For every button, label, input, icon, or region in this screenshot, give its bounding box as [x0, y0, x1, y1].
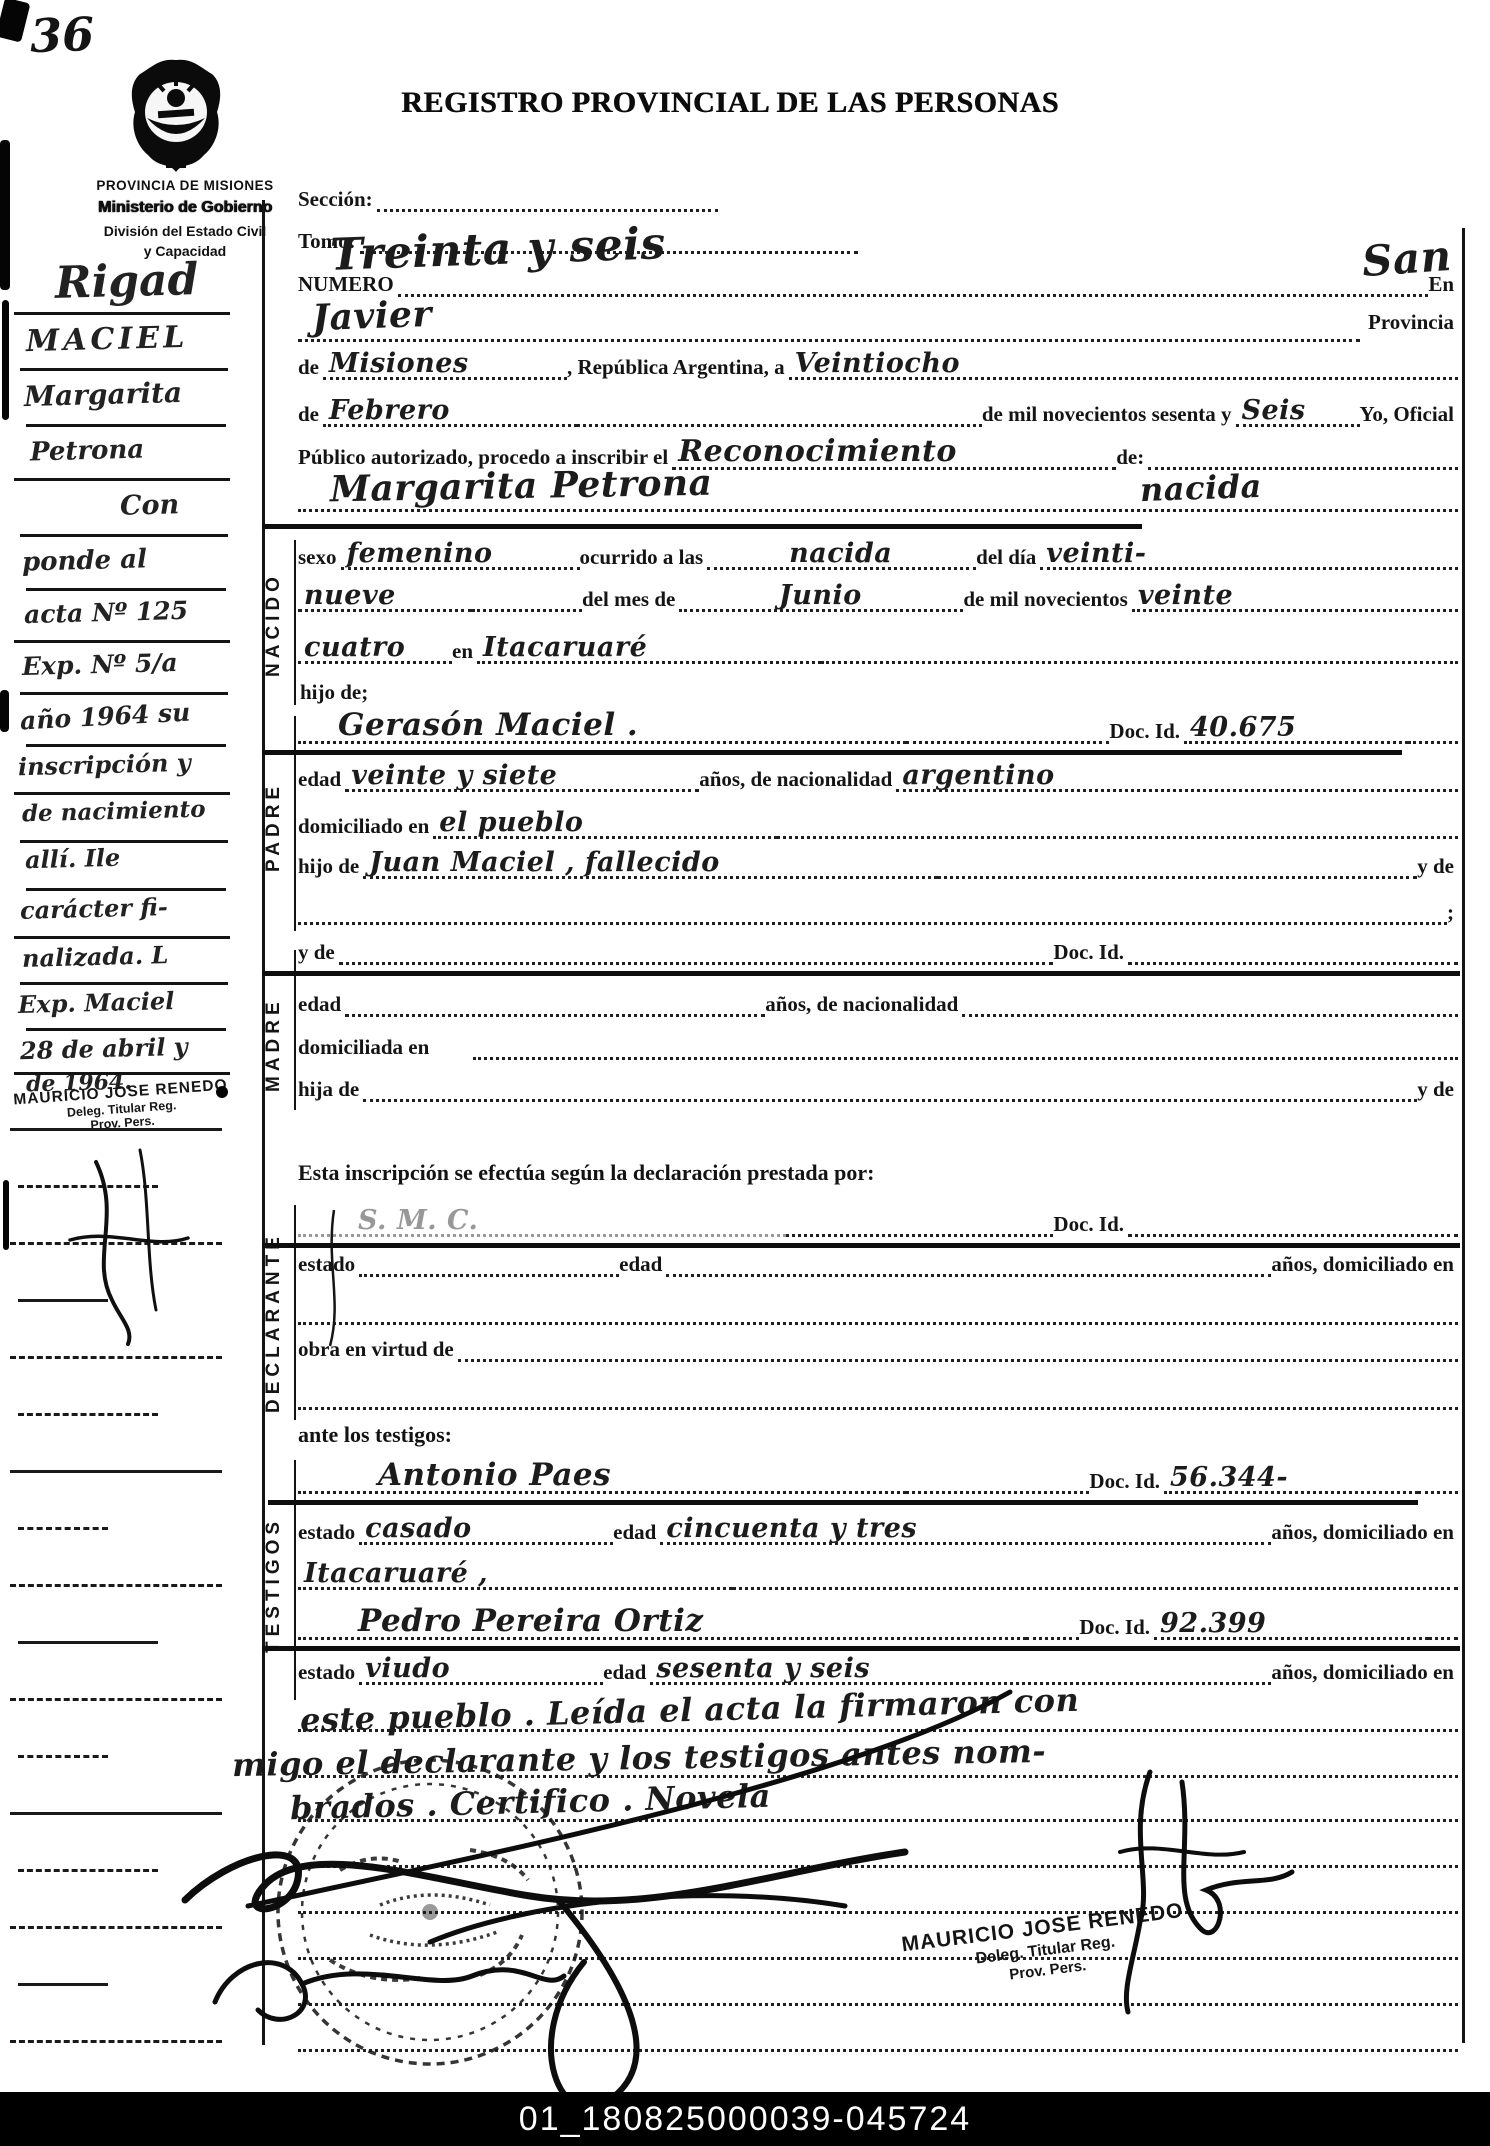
province-row: de Misiones , República Argentina, a Vei…: [298, 348, 1458, 380]
madre-nacionalidad-blank: [962, 982, 1458, 1017]
section-rule-nacido: [294, 540, 296, 705]
testigo1-doc-value: 56.344-: [1164, 1464, 1418, 1494]
provincia-label: Provincia: [1368, 312, 1458, 335]
section-label-nacido: NACIDO: [263, 545, 285, 705]
margin-rule: [10, 1242, 222, 1245]
padre-domicilio-blank: [777, 804, 1458, 839]
acto-value: Reconocimiento: [672, 437, 1116, 470]
section-label-madre: MADRE: [263, 975, 285, 1115]
mes-row: nueve del mes de Junio de mil noveciento…: [298, 580, 1458, 612]
margin-note: Exp. Nº 5/a: [22, 648, 178, 681]
declarante-obra-label: obra en virtud de: [298, 1339, 458, 1362]
separator-testigo1: [268, 1500, 1418, 1505]
scan-smudge: [0, 140, 10, 290]
padre-edad-row: edad veinte y siete años, de nacionalida…: [298, 760, 1458, 792]
margin-note: MACIEL: [26, 320, 189, 359]
margin-rule: [20, 982, 228, 985]
section-rule-testigos: [294, 1460, 296, 1700]
en-lugar-label: en: [452, 641, 477, 664]
testigo2-anos-label: años, domiciliado en: [1271, 1662, 1458, 1685]
declarante-obra-blank: [458, 1327, 1458, 1362]
agency-division-line1: División del Estado Civil: [40, 223, 330, 239]
testigo1-domicilio-blank: [732, 1555, 1458, 1590]
closing-rule-8: [298, 2020, 1458, 2052]
seccion-row: Sección:: [298, 180, 718, 212]
testigo1-domicilio-value: Itacaruaré ,: [298, 1560, 732, 1590]
seccion-blank: [377, 177, 718, 212]
padre-doc-blank: [1408, 709, 1458, 744]
padre-hijo-blank: [937, 844, 1417, 879]
margin-note: nalizada. L: [22, 940, 169, 973]
margin-rule: [18, 1641, 158, 1644]
padre-name-blank: [906, 709, 1109, 744]
siglo-label: de mil novecientos: [963, 589, 1131, 612]
closing-blank-4: [298, 1833, 1458, 1868]
declarante-name-blank: [786, 1202, 1053, 1237]
margin-rule: [10, 1470, 222, 1473]
declarante-estado-blank: [359, 1242, 619, 1277]
separator-testigo2: [262, 1646, 1460, 1651]
testigo1-edad-value: cincuenta y tres: [660, 1515, 1271, 1545]
testigo1-doc-label: Doc. Id.: [1089, 1471, 1164, 1494]
padre-hijo-label: hijo de: [298, 856, 363, 879]
scanned-document-page: 36 REGISTRO PROVINCIAL DE LAS PERSONAS P…: [0, 0, 1490, 2146]
margin-rule: [18, 1869, 158, 1872]
separator-madre: [262, 971, 1460, 976]
margin-rule: [20, 368, 228, 371]
issuing-agency-block: PROVINCIA DE MISIONES Ministerio de Gobi…: [40, 178, 330, 259]
anio-value: veinte: [1132, 582, 1458, 612]
declarante-edad-blank: [666, 1242, 1271, 1277]
page-title: REGISTRO PROVINCIAL DE LAS PERSONAS: [380, 86, 1080, 120]
testigo2-doc-label: Doc. Id.: [1079, 1617, 1154, 1640]
madre-domicilio-row: domiciliada en: [298, 1028, 1458, 1060]
section-rule-declarante: [294, 1205, 296, 1420]
madre-edad-label: edad: [298, 994, 345, 1017]
declarante-doc-label: Doc. Id.: [1053, 1214, 1128, 1237]
margin-rule: [14, 312, 230, 315]
testigo2-doc-blank: [1428, 1605, 1458, 1640]
declarante-estado-label: estado: [298, 1254, 359, 1277]
de-colon-label: de:: [1116, 447, 1148, 470]
scan-smudge: [3, 1180, 9, 1250]
testigo2-edad-value: sesenta y seis: [650, 1655, 1271, 1685]
madre-domicilio-label: domiciliada en: [298, 1037, 433, 1060]
margin-note: Exp. Maciel: [18, 986, 175, 1019]
lugar-blank: [821, 629, 1458, 664]
agency-province: PROVINCIA DE MISIONES: [40, 178, 330, 193]
testigo2-doc-value: 92.399: [1154, 1610, 1428, 1640]
madre-name-row: y de Doc. Id.: [298, 933, 1458, 965]
signature-margin: [70, 1150, 188, 1344]
madre-doc-blank: [1128, 930, 1458, 965]
margin-rule: [10, 1812, 222, 1815]
margin-rule: [18, 1413, 158, 1416]
month-blank: [577, 392, 982, 427]
dia-value-2: nueve: [298, 582, 472, 612]
city-blank: [298, 307, 1360, 342]
testigo2-name-blank: [1026, 1605, 1079, 1640]
month-row: de Febrero de mil novecientos sesenta y …: [298, 395, 1458, 427]
form-right-border: [1462, 228, 1465, 2043]
margin-rule: [10, 1356, 222, 1359]
margin-rule: [20, 840, 228, 843]
month-value: Febrero: [323, 397, 577, 427]
margin-note: de nacimiento: [22, 796, 206, 828]
padre-continuation-blank: [298, 890, 1447, 925]
madre-domicilio-blank: [473, 1025, 1458, 1060]
padre-nacionalidad-value: argentino: [896, 762, 1458, 792]
separator-padre: [262, 750, 1402, 755]
closing-rule-4: [298, 1836, 1458, 1868]
declarante-blank-line-2: [298, 1375, 1458, 1410]
madre-edad-blank: [345, 982, 765, 1017]
madre-edad-row: edad años, de nacionalidad: [298, 985, 1458, 1017]
margin-note: allí. Ile: [25, 843, 121, 874]
seccion-label: Sección:: [298, 189, 377, 212]
margin-rule: [26, 588, 226, 591]
testigo2-estado-row: estado viudo edad sesenta y seis años, d…: [298, 1653, 1458, 1685]
closing-rule-7: [298, 1974, 1458, 2006]
testigo1-estado-row: estado casado edad cincuenta y tres años…: [298, 1513, 1458, 1545]
padre-domicilio-row: domiciliado en el pueblo: [298, 807, 1458, 839]
margin-rule: [18, 1755, 108, 1758]
margin-rule: [14, 792, 230, 795]
ocurrido-label: ocurrido a las: [580, 547, 708, 570]
nacida-value: nacida: [1139, 470, 1262, 506]
acto-blank: [1148, 435, 1458, 470]
declarante-doc-blank: [1128, 1202, 1458, 1237]
numero-value: Treinta y seis: [329, 222, 666, 278]
padre-doc-value: 40.675: [1184, 714, 1408, 744]
stamp-ink-dot: [216, 1086, 228, 1098]
year-value: Seis: [1236, 397, 1360, 427]
margin-rule: [18, 1527, 108, 1530]
margin-note: ponde al: [22, 544, 148, 577]
padre-edad-value: veinte y siete: [345, 762, 699, 792]
novecientos-label: de mil novecientos sesenta y: [982, 404, 1236, 427]
madre-hija-blank: [363, 1067, 1417, 1102]
declarante-anos-label: años, domiciliado en: [1271, 1254, 1458, 1277]
dia-label: del día: [976, 547, 1040, 570]
testigo1-anos-label: años, domiciliado en: [1271, 1522, 1458, 1545]
margin-note: Margarita: [24, 376, 183, 413]
testigo2-estado-label: estado: [298, 1662, 359, 1685]
madre-name-blank: [339, 930, 1054, 965]
city-row: [298, 310, 1360, 342]
margin-rule: [10, 1698, 222, 1701]
testigo2-estado-value: viudo: [359, 1655, 603, 1685]
sexo-value: femenino: [341, 540, 580, 570]
testigo1-estado-label: estado: [298, 1522, 359, 1545]
padre-name-value: Gerasón Maciel .: [298, 710, 906, 744]
margin-note: carácter fi-: [20, 892, 168, 925]
margin-note: año 1964 su: [19, 698, 191, 736]
margin-note: inscripción y: [18, 748, 191, 782]
scan-smudge: [0, 690, 9, 732]
testigo1-doc-blank: [1418, 1459, 1458, 1494]
margin-rule: [18, 1983, 108, 1986]
en-value: San: [1361, 235, 1453, 283]
padre-nacionalidad-label: años, de nacionalidad: [699, 769, 896, 792]
margin-note: Con: [120, 489, 180, 522]
declarante-edad-label: edad: [619, 1254, 666, 1277]
sexo-row: sexo femenino ocurrido a las nacida del …: [298, 538, 1458, 570]
margin-rule: [10, 1128, 222, 1131]
padre-yde-label: y de: [1417, 856, 1458, 879]
margin-note: Petrona: [30, 435, 145, 468]
hijo-de-label: hijo de;: [300, 682, 372, 705]
margin-rule: [20, 692, 228, 695]
testigo2-name-value: Pedro Pereira Ortiz: [298, 1606, 1026, 1640]
margin-note: acta Nº 125: [24, 596, 189, 629]
scan-smudge: [0, 0, 30, 43]
sexo-label: sexo: [298, 547, 341, 570]
closing-blank-5: [298, 1879, 1458, 1914]
margin-rule: [14, 1072, 230, 1075]
footer-bar: 01_180825000039-045724: [0, 2092, 1490, 2146]
declarante-blank-row-2: [298, 1378, 1458, 1410]
testigo2-name-row: Pedro Pereira Ortiz Doc. Id. 92.399: [298, 1608, 1458, 1640]
margin-rule: [10, 1926, 222, 1929]
separator-nacido: [262, 524, 1142, 529]
closing-rule-5: [298, 1882, 1458, 1914]
margin-rule: [26, 744, 226, 747]
madre-yde2-label: y de: [1417, 1079, 1458, 1102]
inscripto-name-value: Margarita Petrona: [330, 465, 713, 508]
margin-rule: [10, 2040, 222, 2043]
padre-name-row: Gerasón Maciel . Doc. Id. 40.675: [298, 712, 1458, 744]
mes-blank-1: [472, 577, 582, 612]
de-label-2: de: [298, 404, 323, 427]
mes-value: Junio: [679, 582, 963, 612]
margin-note: Rigad: [54, 254, 199, 309]
province-value: Misiones: [323, 350, 567, 380]
declaracion-heading: Esta inscripción se efectúa según la dec…: [298, 1160, 874, 1186]
dia-value: veinti-: [1040, 540, 1458, 570]
testigo1-domicilio-row: Itacaruaré ,: [298, 1558, 1458, 1590]
footer-document-code: 01_180825000039-045724: [519, 2100, 971, 2139]
lugar-value: Itacaruaré: [477, 634, 821, 664]
padre-continuation-row: ;: [298, 893, 1458, 925]
oficial-label: Yo, Oficial: [1360, 404, 1459, 427]
margin-rule: [26, 1028, 226, 1031]
padre-doc-label: Doc. Id.: [1109, 721, 1184, 744]
hora-value: nacida: [707, 540, 976, 570]
margin-rule: [14, 478, 230, 481]
closing-blank-7: [298, 1971, 1458, 2006]
padre-domicilio-label: domiciliado en: [298, 816, 433, 839]
closing-blank-8: [298, 2017, 1458, 2052]
padre-hijo-value: Juan Maciel , fallecido: [363, 849, 937, 879]
padre-semicolon: ;: [1447, 902, 1458, 925]
testigo2-edad-label: edad: [603, 1662, 650, 1685]
declarante-blank-line: [298, 1290, 1458, 1325]
declarante-name-value: S. M. C.: [298, 1207, 786, 1237]
margin-rule: [14, 936, 230, 939]
testigo1-name-row: Antonio Paes Doc. Id. 56.344-: [298, 1462, 1458, 1494]
declarante-name-row: S. M. C. Doc. Id.: [298, 1205, 1458, 1237]
margin-rule: [26, 424, 226, 427]
testigo1-name-value: Antonio Paes: [298, 1460, 906, 1494]
republica-label: , República Argentina, a: [567, 357, 789, 380]
declarante-estado-row: estado edad años, domiciliado en: [298, 1245, 1458, 1277]
padre-domicilio-value: el pueblo: [433, 809, 777, 839]
lugar-row: cuatro en Itacaruaré: [298, 632, 1458, 664]
testigo1-edad-label: edad: [613, 1522, 660, 1545]
testigos-heading: ante los testigos:: [298, 1422, 452, 1448]
margin-rule: [18, 1299, 108, 1302]
padre-hijo-row: hijo de Juan Maciel , fallecido y de: [298, 847, 1458, 879]
declarante-obra-row: obra en virtud de: [298, 1330, 1458, 1362]
margin-note: 28 de abril y: [20, 1032, 188, 1065]
declarante-blank-row: [298, 1293, 1458, 1325]
testigo1-estado-value: casado: [359, 1515, 613, 1545]
margin-rule: [20, 534, 228, 537]
mes-label: del mes de: [582, 589, 679, 612]
madre-yde-label: y de: [298, 942, 339, 965]
section-label-padre: PADRE: [263, 762, 285, 892]
agency-ministry: Ministerio de Gobierno: [40, 199, 330, 217]
anio-value-2: cuatro: [298, 634, 452, 664]
scan-smudge: [2, 300, 9, 420]
madre-hija-row: hija de y de: [298, 1070, 1458, 1102]
city-value: Javier: [311, 296, 432, 336]
margin-rule: [18, 1185, 158, 1188]
page-number: 36: [29, 7, 95, 63]
day-value: Veintiocho: [789, 350, 1458, 380]
margin-rule: [10, 1584, 222, 1587]
margin-rule: [14, 640, 230, 643]
margin-rule: [26, 888, 226, 891]
testigo1-name-blank: [906, 1459, 1089, 1494]
madre-doc-label: Doc. Id.: [1053, 942, 1128, 965]
madre-hija-label: hija de: [298, 1079, 363, 1102]
section-rule-padre: [294, 716, 296, 931]
provincial-seal-icon: [126, 58, 226, 178]
de-label-1: de: [298, 357, 323, 380]
padre-edad-label: edad: [298, 769, 345, 792]
madre-nacionalidad-label: años, de nacionalidad: [765, 994, 962, 1017]
